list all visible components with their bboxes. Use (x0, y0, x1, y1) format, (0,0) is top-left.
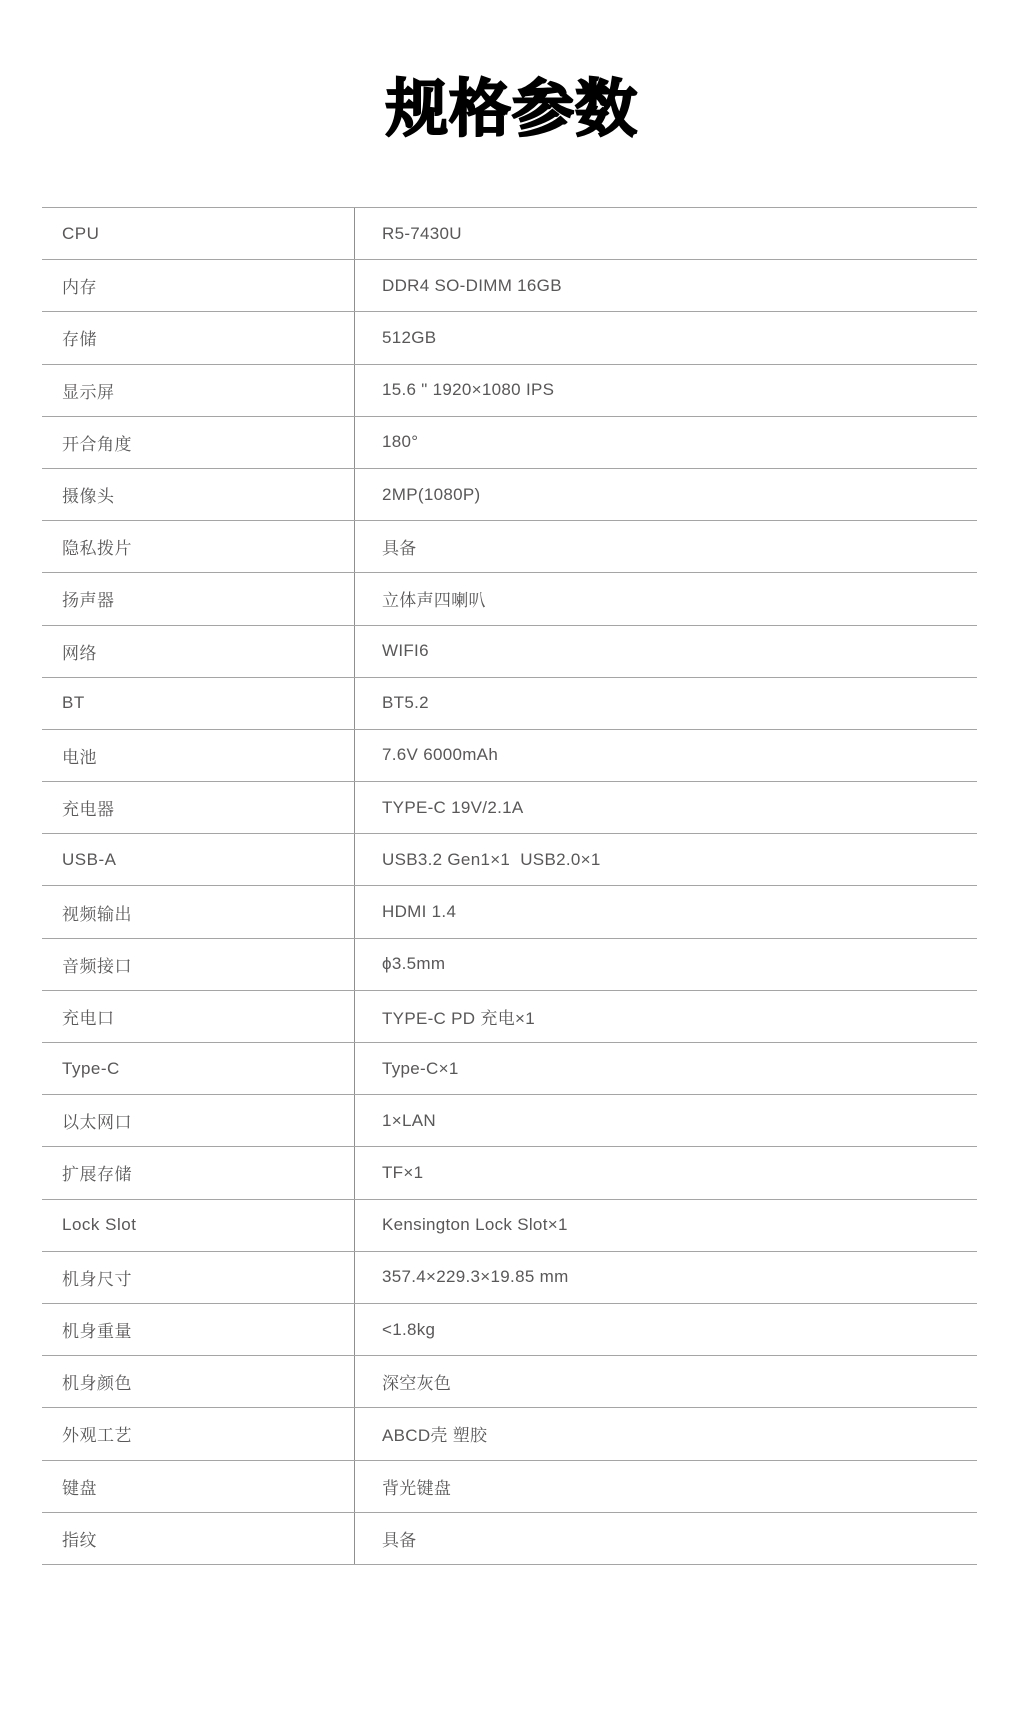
spec-value: BT5.2 (355, 678, 977, 729)
spec-row: 机身重量 <1.8kg (42, 1304, 977, 1356)
spec-label: 外观工艺 (42, 1408, 355, 1459)
spec-value: 深空灰色 (355, 1356, 977, 1407)
spec-label: 扬声器 (42, 573, 355, 624)
spec-value: TYPE-C 19V/2.1A (355, 782, 977, 833)
spec-value: DDR4 SO-DIMM 16GB (355, 260, 977, 311)
spec-row: 存储 512GB (42, 312, 977, 364)
spec-row: CPU R5-7430U (42, 208, 977, 260)
spec-label: 充电口 (42, 991, 355, 1042)
spec-label: 开合角度 (42, 417, 355, 468)
spec-label: Type-C (42, 1043, 355, 1094)
spec-row: 视频输出 HDMI 1.4 (42, 886, 977, 938)
spec-label: 键盘 (42, 1461, 355, 1512)
spec-label: 充电器 (42, 782, 355, 833)
spec-value: 180° (355, 417, 977, 468)
spec-row: 开合角度 180° (42, 417, 977, 469)
spec-value: 15.6 " 1920×1080 IPS (355, 365, 977, 416)
spec-label: 存储 (42, 312, 355, 363)
spec-row: 充电器 TYPE-C 19V/2.1A (42, 782, 977, 834)
spec-label: BT (42, 678, 355, 729)
spec-value: Type-C×1 (355, 1043, 977, 1094)
spec-value: 7.6V 6000mAh (355, 730, 977, 781)
spec-row: 扬声器 立体声四喇叭 (42, 573, 977, 625)
spec-label: 网络 (42, 626, 355, 677)
spec-value: USB3.2 Gen1×1 USB2.0×1 (355, 834, 977, 885)
spec-value: 2MP(1080P) (355, 469, 977, 520)
spec-row: 摄像头 2MP(1080P) (42, 469, 977, 521)
spec-label: USB-A (42, 834, 355, 885)
spec-label: Lock Slot (42, 1200, 355, 1251)
spec-label: 音频接口 (42, 939, 355, 990)
spec-row: Type-C Type-C×1 (42, 1043, 977, 1095)
spec-value: TYPE-C PD 充电×1 (355, 991, 977, 1042)
spec-value: WIFI6 (355, 626, 977, 677)
spec-row: Lock Slot Kensington Lock Slot×1 (42, 1200, 977, 1252)
spec-value: HDMI 1.4 (355, 886, 977, 937)
spec-value: R5-7430U (355, 208, 977, 259)
spec-value: Kensington Lock Slot×1 (355, 1200, 977, 1251)
spec-row: 充电口 TYPE-C PD 充电×1 (42, 991, 977, 1043)
spec-label: 指纹 (42, 1513, 355, 1564)
spec-label: 视频输出 (42, 886, 355, 937)
spec-value: 512GB (355, 312, 977, 363)
spec-value: 1×LAN (355, 1095, 977, 1146)
spec-label: 机身尺寸 (42, 1252, 355, 1303)
spec-label: 隐私拨片 (42, 521, 355, 572)
spec-row: BT BT5.2 (42, 678, 977, 730)
spec-row: 机身颜色 深空灰色 (42, 1356, 977, 1408)
spec-value: 具备 (355, 1513, 977, 1564)
spec-row: 以太网口 1×LAN (42, 1095, 977, 1147)
spec-value: TF×1 (355, 1147, 977, 1198)
spec-row: 隐私拨片 具备 (42, 521, 977, 573)
spec-row: 音频接口 ϕ3.5mm (42, 939, 977, 991)
spec-label: 机身重量 (42, 1304, 355, 1355)
spec-row: 外观工艺 ABCD壳 塑胶 (42, 1408, 977, 1460)
spec-value: 背光键盘 (355, 1461, 977, 1512)
spec-label: CPU (42, 208, 355, 259)
spec-row: 机身尺寸 357.4×229.3×19.85 mm (42, 1252, 977, 1304)
spec-row: USB-A USB3.2 Gen1×1 USB2.0×1 (42, 834, 977, 886)
spec-value: 立体声四喇叭 (355, 573, 977, 624)
page-title: 规格参数 (0, 76, 1024, 144)
spec-row: 扩展存储 TF×1 (42, 1147, 977, 1199)
spec-label: 机身颜色 (42, 1356, 355, 1407)
spec-table: CPU R5-7430U 内存 DDR4 SO-DIMM 16GB 存储 512… (42, 207, 977, 1565)
spec-row: 内存 DDR4 SO-DIMM 16GB (42, 260, 977, 312)
spec-label: 以太网口 (42, 1095, 355, 1146)
spec-row: 显示屏 15.6 " 1920×1080 IPS (42, 365, 977, 417)
spec-label: 摄像头 (42, 469, 355, 520)
spec-value: ϕ3.5mm (355, 939, 977, 990)
spec-value: 357.4×229.3×19.85 mm (355, 1252, 977, 1303)
spec-row: 电池 7.6V 6000mAh (42, 730, 977, 782)
spec-label: 显示屏 (42, 365, 355, 416)
spec-value: <1.8kg (355, 1304, 977, 1355)
spec-row: 指纹 具备 (42, 1513, 977, 1565)
spec-row: 键盘 背光键盘 (42, 1461, 977, 1513)
spec-label: 扩展存储 (42, 1147, 355, 1198)
spec-label: 电池 (42, 730, 355, 781)
spec-row: 网络 WIFI6 (42, 626, 977, 678)
spec-label: 内存 (42, 260, 355, 311)
spec-value: ABCD壳 塑胶 (355, 1408, 977, 1459)
spec-value: 具备 (355, 521, 977, 572)
